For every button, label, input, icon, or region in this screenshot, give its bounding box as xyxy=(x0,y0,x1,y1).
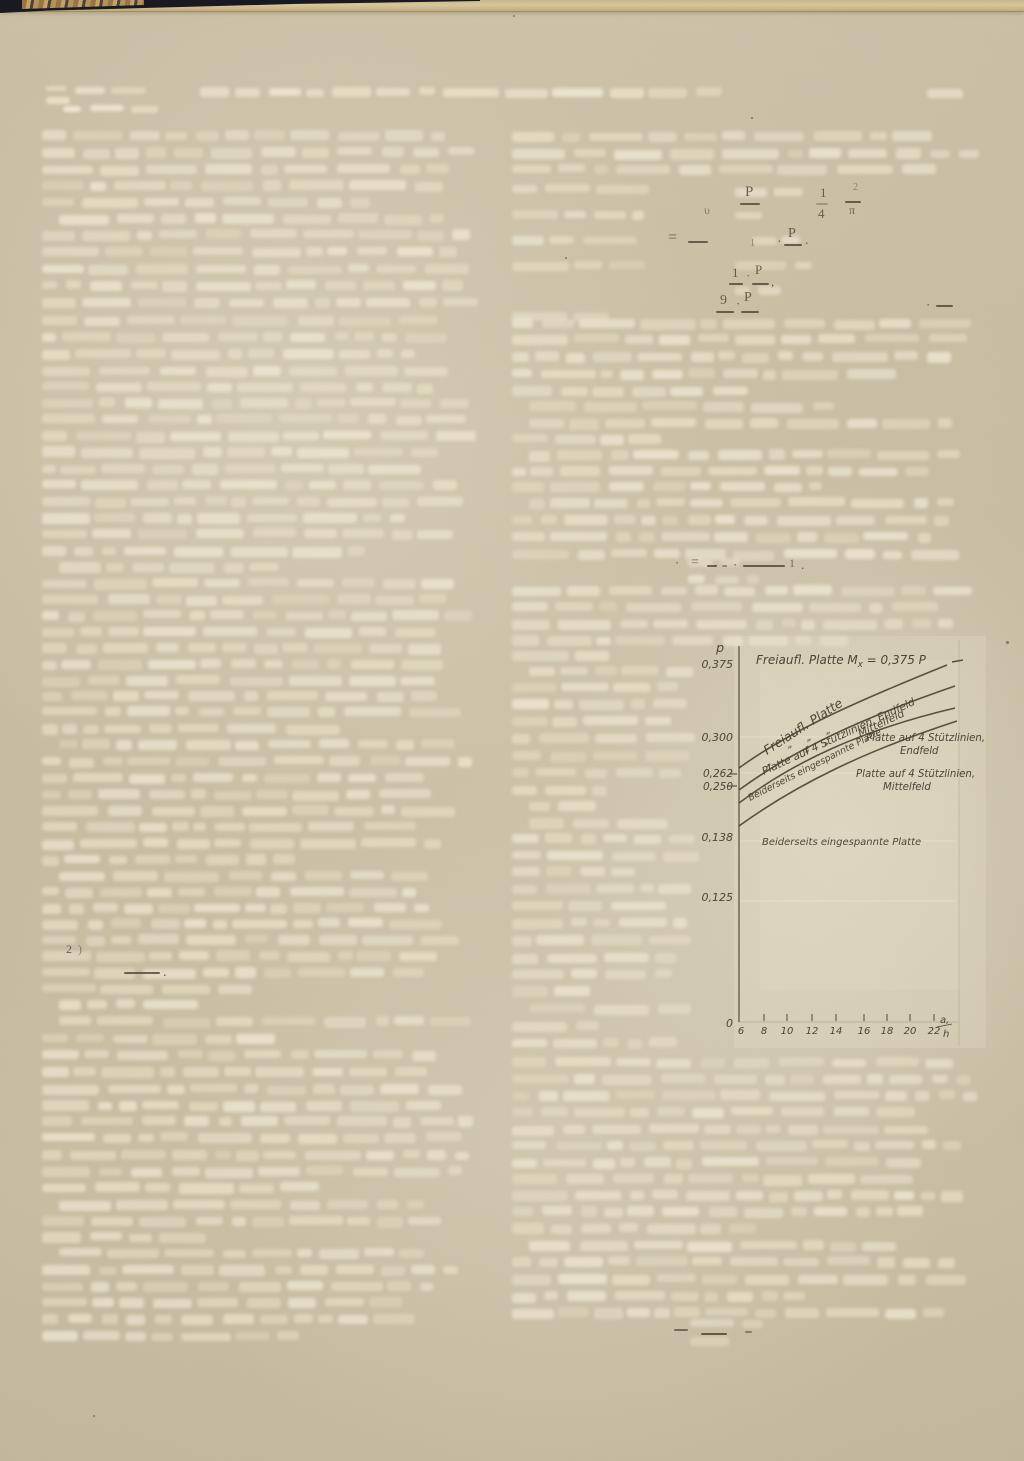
formula-glyph: ) xyxy=(78,943,82,955)
formula-bar xyxy=(124,972,160,974)
formula-glyph: , xyxy=(771,275,774,288)
formula-glyph: π xyxy=(849,204,855,216)
formula-bar xyxy=(674,1329,688,1331)
formula-bar xyxy=(936,305,953,307)
y-tick-0300: 0,300 xyxy=(702,731,734,744)
x-tick-20: 20 xyxy=(904,1026,917,1037)
annotation-mittelfeld-line1: Platte auf 4 Stützlinien, xyxy=(856,769,975,780)
x-tick-22: 22 xyxy=(928,1026,941,1037)
formula-glyph: 1 xyxy=(789,557,795,569)
formula-glyph: 9 xyxy=(720,294,727,308)
formula-glyph: = xyxy=(691,556,699,570)
y-tick-labels: 0,375 0,300 0,262 0,250 0,138 0,125 0 xyxy=(702,658,734,1030)
formula-glyph: 2 xyxy=(853,183,858,193)
moment-coefficient-chart: Freiaufl. Platte Mx = 0,375 P p 0,375 0,… xyxy=(698,628,1024,1064)
formula-bar xyxy=(716,311,734,313)
annotation-endfeld-line2: Endfeld xyxy=(900,746,939,757)
formula-bar xyxy=(722,565,727,567)
x-tick-14: 14 xyxy=(830,1026,843,1037)
formula-glyph: · xyxy=(926,298,930,311)
formula-bar xyxy=(743,565,785,567)
origin-label: 0 xyxy=(726,1017,733,1030)
formula-bar xyxy=(752,283,769,285)
x-tick-18: 18 xyxy=(881,1026,894,1037)
y-tick-0262: 0,262 xyxy=(703,768,733,780)
y-tick-0138: 0,138 xyxy=(702,831,734,844)
x-tick-16: 16 xyxy=(858,1026,871,1037)
x-tick-10: 10 xyxy=(781,1026,794,1037)
formula-glyph: = xyxy=(668,230,677,246)
y-tick-0125: 0,125 xyxy=(702,891,734,904)
y-axis-symbol: p xyxy=(715,640,724,655)
formula-glyph: 4 xyxy=(818,207,825,220)
formula-glyph: 1 xyxy=(750,239,755,249)
y-tick-0250: 0,250 xyxy=(703,781,733,793)
formula-glyph: · xyxy=(746,269,750,282)
formula-glyph: . xyxy=(163,966,167,980)
formula-glyph: · xyxy=(675,556,679,569)
x-tick-12: 12 xyxy=(806,1026,819,1037)
annotation-eingespannt-bottom: Beiderseits eingespannte Platte xyxy=(762,837,921,848)
formula-bar xyxy=(816,203,828,205)
formula-glyph: P xyxy=(788,227,796,241)
chart-background-wash-inner xyxy=(760,660,960,990)
annotation-mittelfeld-line2: Mittelfeld xyxy=(883,782,931,793)
formula-bar xyxy=(707,565,717,567)
x-tick-8: 8 xyxy=(761,1026,767,1037)
formula-bar xyxy=(740,203,760,205)
formula-glyph: P xyxy=(755,263,762,276)
formula-bar xyxy=(784,244,802,246)
formula-glyph: · xyxy=(736,297,740,310)
y-tick-0375: 0,375 xyxy=(702,658,734,671)
formula-bar xyxy=(701,1333,727,1335)
annotation-endfeld-line1: Platte auf 4 Stützlinien, xyxy=(866,733,985,744)
x-tick-6: 6 xyxy=(738,1026,744,1037)
formula-glyph: . xyxy=(801,558,804,571)
formula-glyph: P xyxy=(744,291,752,305)
formula-glyph: · xyxy=(733,558,737,571)
formula-glyph: P xyxy=(745,185,753,200)
x-axis-unit-h: h xyxy=(943,1029,949,1040)
formula-glyph: 1 xyxy=(732,266,739,279)
scanned-paper-page: { "chart": { "title_pre": "Freiaufl. Pla… xyxy=(0,0,1024,1461)
formula-glyph: υ xyxy=(704,204,710,216)
formula-bar xyxy=(688,241,708,243)
formula-bar xyxy=(745,1331,752,1333)
formula-glyph: . xyxy=(805,234,809,248)
formula-glyph: · xyxy=(777,236,782,250)
x-axis-unit-a: a, xyxy=(940,1015,949,1026)
formula-glyph: 1 xyxy=(820,186,827,199)
formula-glyph: 2 xyxy=(66,943,72,955)
formula-bar xyxy=(741,311,759,313)
formula-bar xyxy=(729,283,743,285)
